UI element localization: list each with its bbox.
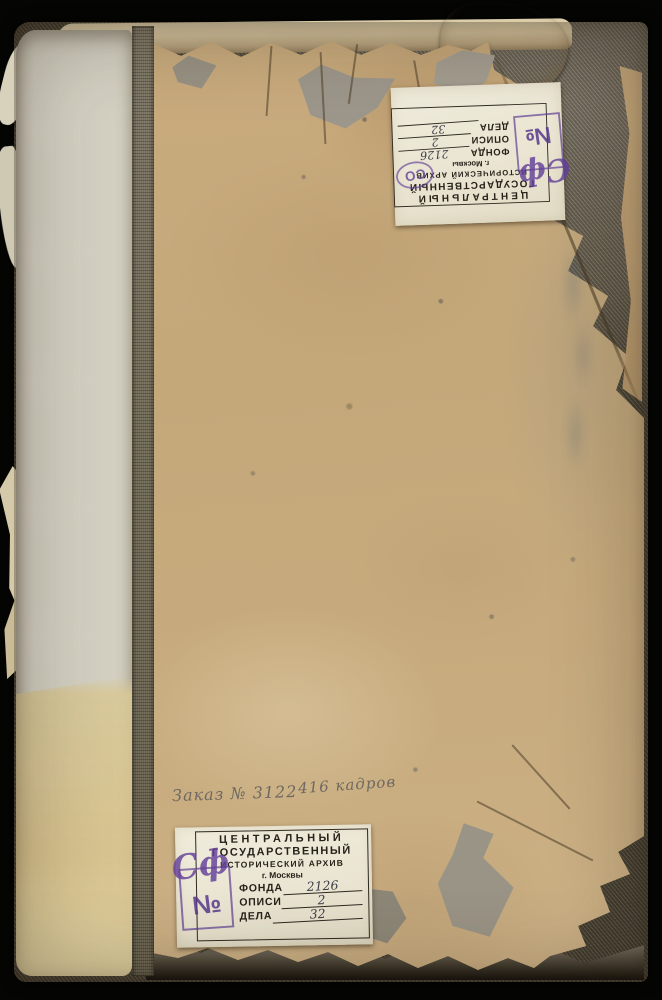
book-spine-lower — [16, 676, 132, 976]
archive-label-top-content: ЦЕНТРАЛЬНЫЙ ГОСУДАРСТВЕННЫЙ ИСТОРИЧЕСКИЙ… — [388, 97, 568, 211]
field-label: ДЕЛА — [479, 121, 509, 133]
spine-hinge-strip — [132, 26, 154, 976]
number-stamp: Сф № — [176, 859, 241, 936]
field-label: ДЕЛА — [239, 910, 272, 923]
archive-label-top: ЦЕНТРАЛЬНЫЙ ГОСУДАРСТВЕННЫЙ ИСТОРИЧЕСКИЙ… — [391, 82, 566, 226]
oval-stamp-text: СО — [403, 166, 427, 185]
stamp-number-sign: № — [191, 888, 224, 922]
ink-smudge — [552, 250, 604, 480]
archive-label-bottom: ЦЕНТРАЛЬНЫЙ ГОСУДАРСТВЕННЫЙ ИСТОРИЧЕСКИЙ… — [175, 824, 373, 947]
stamp-initials: Сф — [516, 149, 573, 193]
field-label: ОПИСИ — [471, 133, 510, 145]
field-label: ФОНДА — [470, 146, 510, 158]
stamp-number-sign: № — [523, 121, 553, 152]
field-label: ОПИСИ — [239, 896, 282, 909]
label-field-delo: ДЕЛА 32 — [239, 907, 362, 922]
archive-label-bottom-content: ЦЕНТРАЛЬНЫЙ ГОСУДАРСТВЕННЫЙ ИСТОРИЧЕСКИЙ… — [175, 824, 373, 947]
book-cover-photo: Заказ № 3122 416 кадров ЦЕНТРАЛЬНЫЙ ГОСУ… — [0, 0, 662, 1000]
field-label: ФОНДА — [239, 882, 283, 895]
number-stamp: Сф № — [507, 108, 567, 178]
